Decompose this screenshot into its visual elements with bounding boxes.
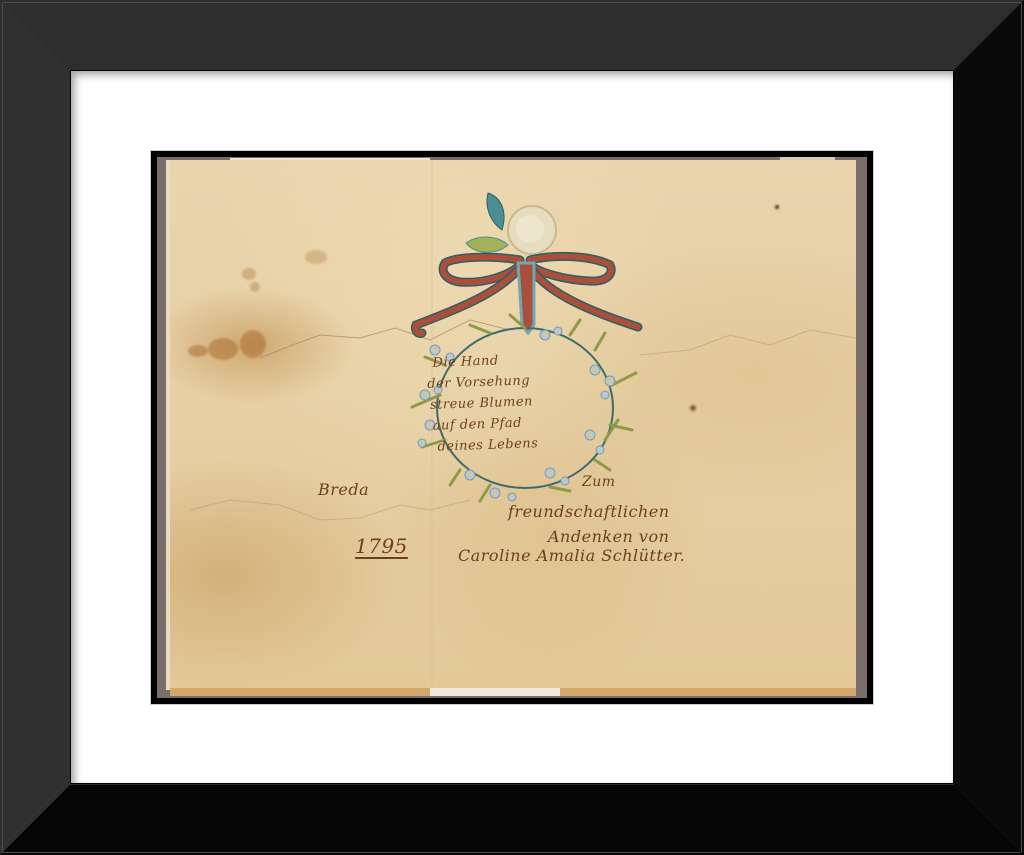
leaf-icon (487, 193, 504, 230)
dedication-line: freundschaftlichen (508, 502, 670, 521)
year: 1795 (355, 534, 408, 558)
place-name: Breda (318, 480, 369, 499)
dedication-signature: Caroline Amalia Schlütter. (458, 546, 685, 565)
dedication-line: Zum (582, 474, 616, 490)
paper-bottom-repair (430, 688, 560, 696)
leaf-icon (466, 237, 508, 252)
wreath-verse: Die Hand der Vorsehung streue Blumen auf… (426, 350, 539, 459)
dedication-line: Andenken von (548, 527, 669, 546)
verse-line: deines Lebens (429, 434, 539, 459)
